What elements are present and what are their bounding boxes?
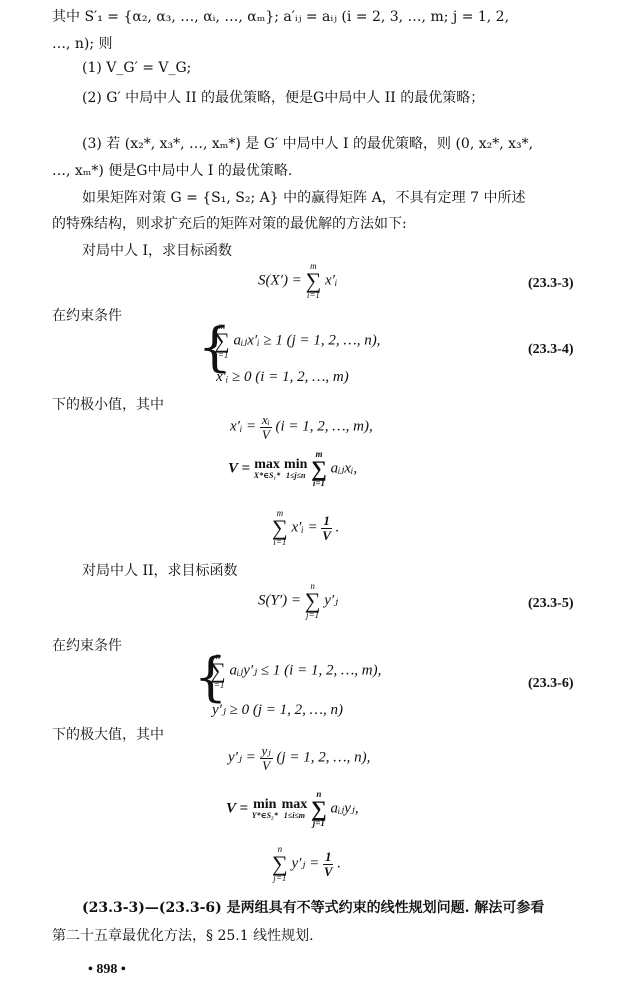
eq-end: . — [336, 519, 340, 535]
equation-v-maxmin: V = max X*∈S₁* min 1≤j≤n m ∑ i=1 aᵢⱼxᵢ, — [228, 450, 357, 488]
sum-lower: i=1 — [306, 291, 322, 300]
paragraph-line-9: 对局中人 I，求目标函数 — [82, 240, 232, 260]
op-sub: 1≤j≤n — [284, 472, 307, 480]
eq-lhs: V = — [228, 460, 254, 476]
eq-body: x′ᵢ — [325, 272, 337, 288]
eq-body: aᵢⱼx′ᵢ ≥ 1 (j = 1, 2, …, n), — [233, 332, 380, 348]
page-number: • 898 • — [88, 962, 126, 978]
eq-rest: (i = 1, 2, …, m), — [276, 419, 373, 435]
sum-lower: i=1 — [272, 538, 288, 547]
text-line-1: 其中 S′₁ = {α₂, α₃, …, αᵢ, …, αₘ}; a′ᵢⱼ = … — [52, 6, 509, 26]
equation-x-prime: x′ᵢ = xᵢ V (i = 1, 2, …, m), — [230, 413, 373, 441]
list-item-3: (3) 若 (x₂*, x₃*, …, xₘ*) 是 G′ 中局中人 I 的最优… — [82, 133, 533, 153]
eq-lhs: x′ᵢ = — [230, 419, 260, 435]
equation-v-minmax: V = min Y*∈S₂* max 1≤i≤m n ∑ j=1 aᵢⱼyⱼ, — [226, 790, 359, 828]
op-sub: 1≤i≤m — [282, 812, 308, 820]
equation-23-3-6-row2: y′ⱼ ≥ 0 (j = 1, 2, …, n) — [212, 700, 343, 719]
equation-number-4: (23.3-6) — [528, 676, 574, 692]
op-sub: X*∈S₁* — [254, 472, 281, 480]
summation-symbol: n ∑ j=1 — [305, 582, 321, 620]
min-operator: min 1≤j≤n — [284, 458, 307, 480]
fraction: xᵢ V — [260, 413, 272, 441]
denominator: V — [260, 759, 273, 773]
eq-lhs: V = — [226, 800, 252, 816]
paragraph-line-7: 如果矩阵对策 G = {S₁, S₂; A} 中的赢得矩阵 A，不具有定理 7 … — [82, 187, 525, 207]
equation-number-3: (23.3-5) — [528, 596, 574, 612]
fraction: yⱼ V — [260, 744, 273, 772]
equation-number-1: (23.3-3) — [528, 276, 574, 292]
equation-23-3-6-row1: n ∑ j=1 aᵢⱼy′ⱼ ≤ 1 (i = 1, 2, …, m), — [210, 652, 381, 690]
summation-symbol: n ∑ j=1 — [210, 652, 226, 690]
text-line-11: 下的极小值，其中 — [52, 394, 164, 414]
equation-23-3-5: S(Y′) = n ∑ j=1 y′ⱼ — [258, 582, 338, 620]
text-line-10: 在约束条件 — [52, 305, 122, 325]
eq-body: y′ⱼ = — [291, 855, 323, 871]
equation-y-prime: y′ⱼ = yⱼ V (j = 1, 2, …, n), — [228, 744, 370, 772]
denominator: V — [321, 529, 332, 543]
op-label: min — [284, 458, 307, 472]
paragraph-line-16: 第二十五章最优化方法，§ 25.1 线性规划. — [52, 925, 314, 945]
sum-lower: j=1 — [272, 874, 288, 883]
op-label: max — [282, 798, 308, 812]
eq-body: x′ᵢ = — [291, 519, 321, 535]
text-line-2: …, n); 则 — [52, 33, 113, 53]
eq-body: aᵢⱼxᵢ, — [331, 460, 358, 476]
min-operator: min Y*∈S₂* — [252, 798, 278, 820]
op-sub: Y*∈S₂* — [252, 812, 278, 820]
paragraph-line-8: 的特殊结构，则求扩充后的矩阵对策的最优解的方法如下: — [52, 213, 407, 233]
eq-rest: (j = 1, 2, …, n), — [277, 750, 371, 766]
summation-symbol: m ∑ i=1 — [214, 322, 230, 360]
equation-number-2: (23.3-4) — [528, 342, 574, 358]
text-line-6: …, xₘ*) 便是G中局中人 I 的最优策略. — [52, 160, 292, 180]
eq-lhs: y′ⱼ = — [228, 750, 260, 766]
eq-lhs: S(Y′) = — [258, 592, 305, 608]
sum-lower: j=1 — [210, 681, 226, 690]
equation-23-3-3: S(X′) = m ∑ i=1 x′ᵢ — [258, 262, 337, 300]
eq-body: aᵢⱼy′ⱼ ≤ 1 (i = 1, 2, …, m), — [229, 662, 381, 678]
max-operator: max 1≤i≤m — [282, 798, 308, 820]
op-label: min — [252, 798, 278, 812]
op-label: max — [254, 458, 281, 472]
numerator: xᵢ — [260, 413, 272, 428]
text-line-14: 下的极大值，其中 — [52, 724, 164, 744]
numerator: yⱼ — [260, 744, 273, 759]
summation-symbol: n ∑ j=1 — [311, 790, 327, 828]
list-item-2: (2) G′ 中局中人 II 的最优策略，便是G中局中人 II 的最优策略； — [82, 87, 484, 107]
eq-end: . — [337, 855, 341, 871]
text-line-13: 在约束条件 — [52, 635, 122, 655]
equation-sum-x-prime: m ∑ i=1 x′ᵢ = 1 V . — [272, 509, 339, 547]
summation-symbol: m ∑ i=1 — [272, 509, 288, 547]
sum-lower: j=1 — [311, 819, 327, 828]
paragraph-line-15: (23.3-3)—(23.3-6) 是两组具有不等式约束的线性规划问题. 解法可… — [82, 897, 544, 917]
summation-symbol: m ∑ i=1 — [311, 450, 327, 488]
eq-body: aᵢⱼyⱼ, — [330, 800, 358, 816]
summation-symbol: m ∑ i=1 — [306, 262, 322, 300]
list-item-1: (1) V_G′ = V_G; — [82, 60, 191, 76]
summation-symbol: n ∑ j=1 — [272, 845, 288, 883]
max-operator: max X*∈S₁* — [254, 458, 281, 480]
equation-sum-y-prime: n ∑ j=1 y′ⱼ = 1 V . — [272, 845, 341, 883]
paragraph-line-12: 对局中人 II，求目标函数 — [82, 560, 238, 580]
sum-lower: i=1 — [311, 479, 327, 488]
sum-lower: i=1 — [214, 351, 230, 360]
numerator: 1 — [323, 850, 334, 865]
denominator: V — [323, 865, 334, 879]
eq-lhs: S(X′) = — [258, 272, 306, 288]
equation-23-3-4-row2: x′ᵢ ≥ 0 (i = 1, 2, …, m) — [216, 369, 349, 386]
eq-body: y′ⱼ — [324, 592, 338, 608]
sum-lower: j=1 — [305, 611, 321, 620]
denominator: V — [260, 428, 272, 442]
fraction: 1 V — [323, 850, 334, 878]
fraction: 1 V — [321, 514, 332, 542]
numerator: 1 — [321, 514, 332, 529]
equation-23-3-4-row1: m ∑ i=1 aᵢⱼx′ᵢ ≥ 1 (j = 1, 2, …, n), — [214, 322, 380, 360]
